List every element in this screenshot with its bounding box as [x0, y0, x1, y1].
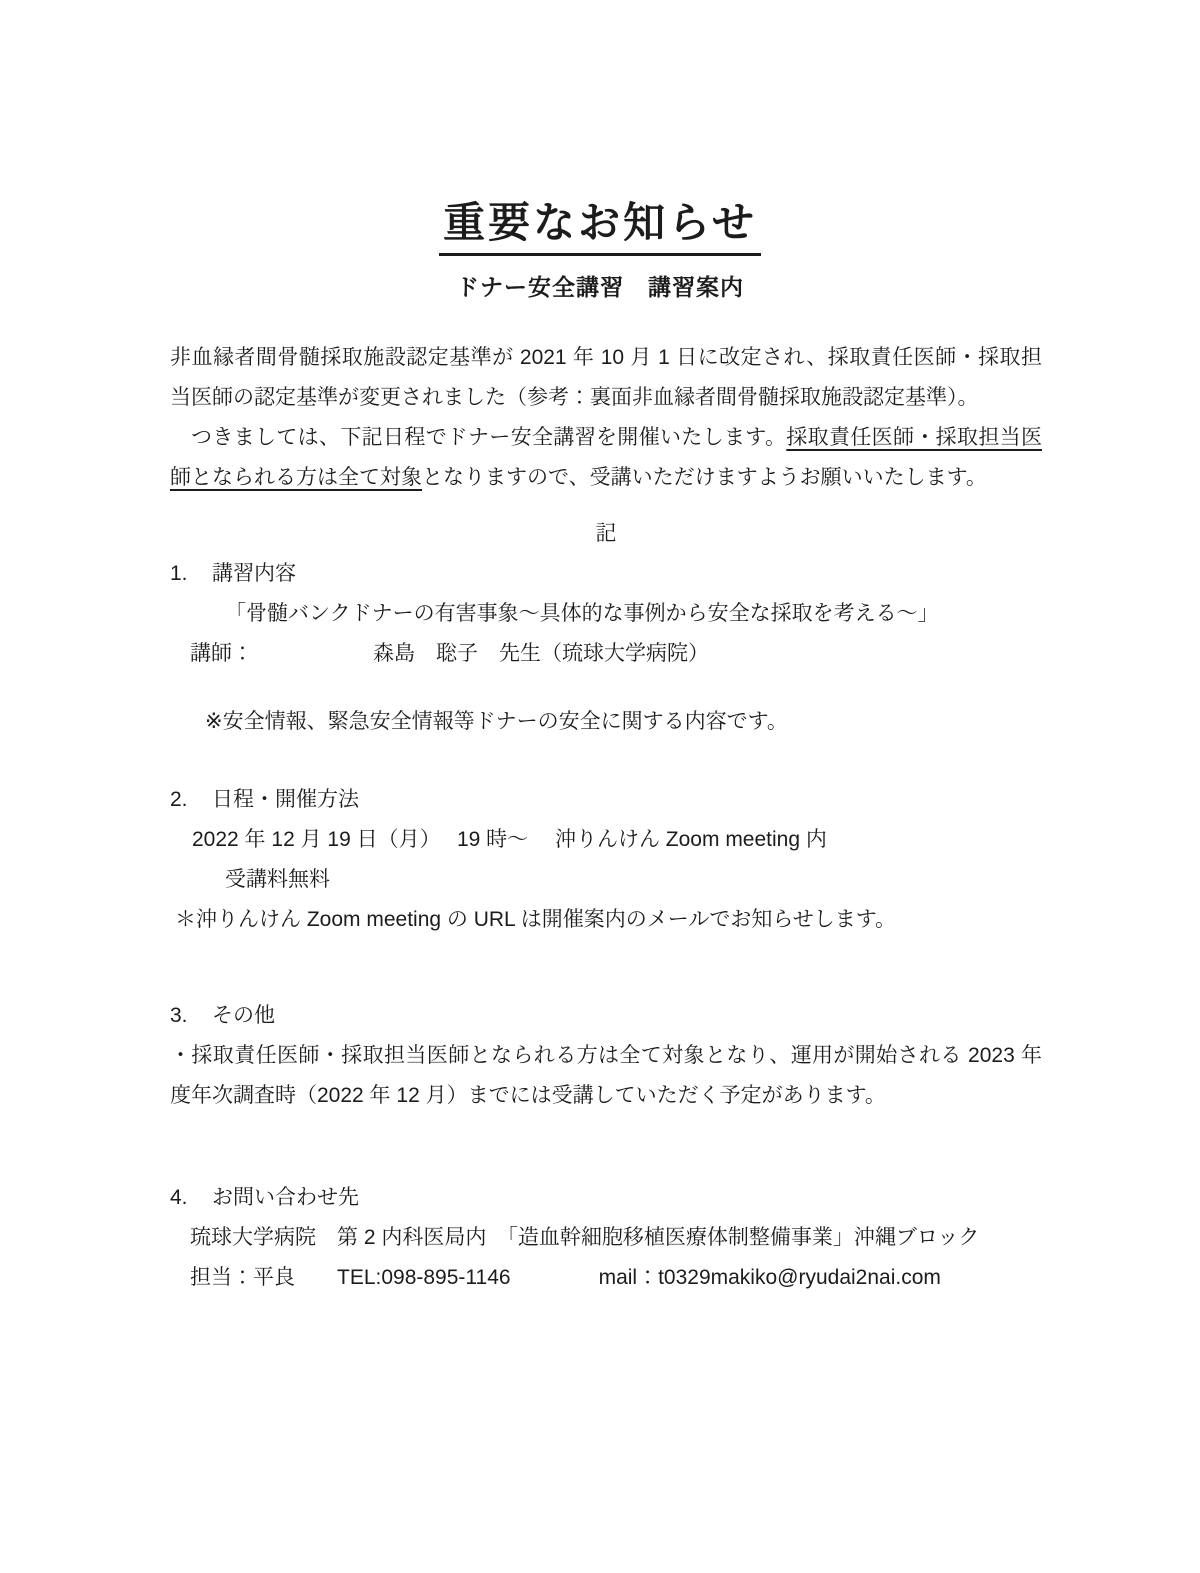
intro-paragraph-2-tail: となりますので、受講いただけますようお願いいたします。 — [422, 466, 987, 489]
section-3-heading-row: 3. その他 — [170, 996, 1042, 1036]
section-4-heading: お問い合わせ先 — [212, 1178, 359, 1218]
document-page: 重要なお知らせ ドナー安全講習 講習案内 非血縁者間骨髄採取施設認定基準が 20… — [0, 0, 1200, 1573]
section-contact: 4. お問い合わせ先 琉球大学病院 第 2 内科医局内 「造血幹細胞移植医療体制… — [170, 1178, 1042, 1298]
schedule-line: 2022 年 12 月 19 日（月） 19 時～ 沖りんけん Zoom mee… — [170, 820, 1042, 860]
section-3-heading: その他 — [212, 996, 275, 1036]
section-other: 3. その他 ・採取責任医師・採取担当医師となられる方は全て対象となり、運用が開… — [170, 996, 1042, 1116]
lecturer-label: 講師： — [190, 642, 253, 665]
section-schedule: 2. 日程・開催方法 2022 年 12 月 19 日（月） 19 時～ 沖りん… — [170, 780, 1042, 940]
zoom-url-note: ＊沖りんけん Zoom meeting の URL は開催案内のメールでお知らせ… — [170, 900, 1042, 940]
other-body: ・採取責任医師・採取担当医師となられる方は全て対象となり、運用が開始される 20… — [170, 1036, 1042, 1116]
section-4-number: 4. — [170, 1178, 212, 1218]
contact-person: 担当：平良 — [190, 1266, 295, 1289]
section-2-number: 2. — [170, 780, 212, 820]
intro-paragraph-2: つきましては、下記日程でドナー安全講習を開催いたします。採取責任医師・採取担当医… — [170, 418, 1042, 498]
page-subtitle: ドナー安全講習 講習案内 — [0, 269, 1200, 302]
intro-paragraph-1: 非血縁者間骨髄採取施設認定基準が 2021 年 10 月 1 日に改定され、採取… — [170, 338, 1042, 418]
contact-line: 担当：平良TEL:098-895-1146mail：t0329makiko@ry… — [170, 1258, 1042, 1298]
lecturer-line: 講師：森島 聡子 先生（琉球大学病院） — [170, 634, 1042, 674]
contact-mail: mail：t0329makiko@ryudai2nai.com — [599, 1266, 941, 1289]
section-2-heading-row: 2. 日程・開催方法 — [170, 780, 1042, 820]
section-1-heading: 講習内容 — [212, 554, 296, 594]
organization-line: 琉球大学病院 第 2 内科医局内 「造血幹細胞移植医療体制整備事業」沖縄ブロック — [170, 1218, 1042, 1258]
document-body: 非血縁者間骨髄採取施設認定基準が 2021 年 10 月 1 日に改定され、採取… — [0, 338, 1200, 1298]
section-4-heading-row: 4. お問い合わせ先 — [170, 1178, 1042, 1218]
document-header: 重要なお知らせ ドナー安全講習 講習案内 — [0, 0, 1200, 302]
contact-tel: TEL:098-895-1146 — [337, 1266, 511, 1289]
fee-line: 受講料無料 — [170, 860, 1042, 900]
record-marker: 記 — [170, 514, 1042, 554]
intro-paragraph-2-lead: つきましては、下記日程でドナー安全講習を開催いたします。 — [191, 426, 786, 449]
section-1-heading-row: 1. 講習内容 — [170, 554, 1042, 594]
lecturer-name: 森島 聡子 先生（琉球大学病院） — [373, 642, 709, 665]
lecture-title: 「骨髄バンクドナーの有害事象～具体的な事例から安全な採取を考える～」 — [170, 594, 1042, 634]
page-title: 重要なお知らせ — [439, 198, 761, 256]
section-3-number: 3. — [170, 996, 212, 1036]
section-1-number: 1. — [170, 554, 212, 594]
section-2-heading: 日程・開催方法 — [212, 780, 359, 820]
safety-note: ※安全情報、緊急安全情報等ドナーの安全に関する内容です。 — [170, 702, 1042, 742]
section-training-content: 1. 講習内容 「骨髄バンクドナーの有害事象～具体的な事例から安全な採取を考える… — [170, 554, 1042, 742]
